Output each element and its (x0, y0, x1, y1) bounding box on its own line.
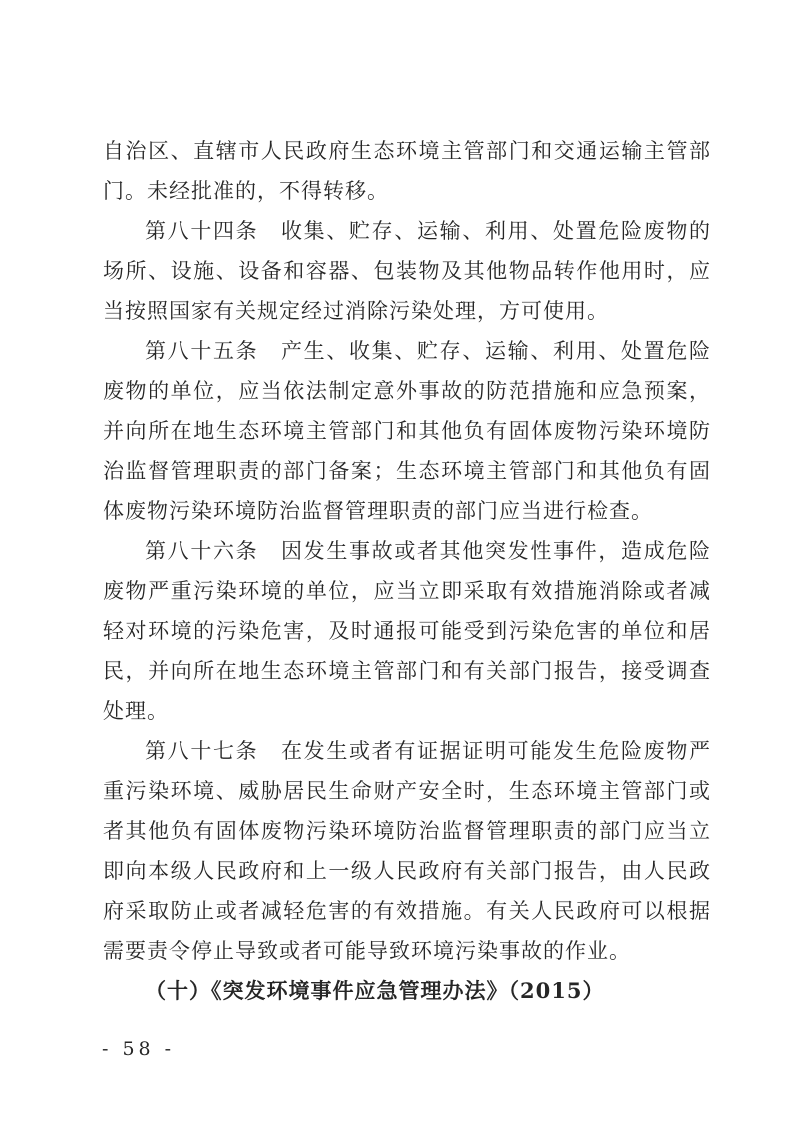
paragraph: 第八十五条 产生、收集、贮存、运输、利用、处置危险废物的单位，应当依法制定意外事… (103, 331, 711, 531)
paragraph: 自治区、直辖市人民政府生态环境主管部门和交通运输主管部门。未经批准的，不得转移。 (103, 131, 711, 211)
paragraph: 第八十四条 收集、贮存、运输、利用、处置危险废物的场所、设施、设备和容器、包装物… (103, 211, 711, 331)
section-heading: （十）《突发环境事件应急管理办法》（2015） (103, 971, 711, 1011)
document-page: 自治区、直辖市人民政府生态环境主管部门和交通运输主管部门。未经批准的，不得转移。… (0, 0, 793, 1122)
paragraph: 第八十六条 因发生事故或者其他突发性事件，造成危险废物严重污染环境的单位，应当立… (103, 531, 711, 731)
paragraph: 第八十七条 在发生或者有证据证明可能发生危险废物严重污染环境、威胁居民生命财产安… (103, 731, 711, 971)
page-number: - 58 - (102, 1038, 175, 1060)
page-body: 自治区、直辖市人民政府生态环境主管部门和交通运输主管部门。未经批准的，不得转移。… (103, 131, 711, 1011)
